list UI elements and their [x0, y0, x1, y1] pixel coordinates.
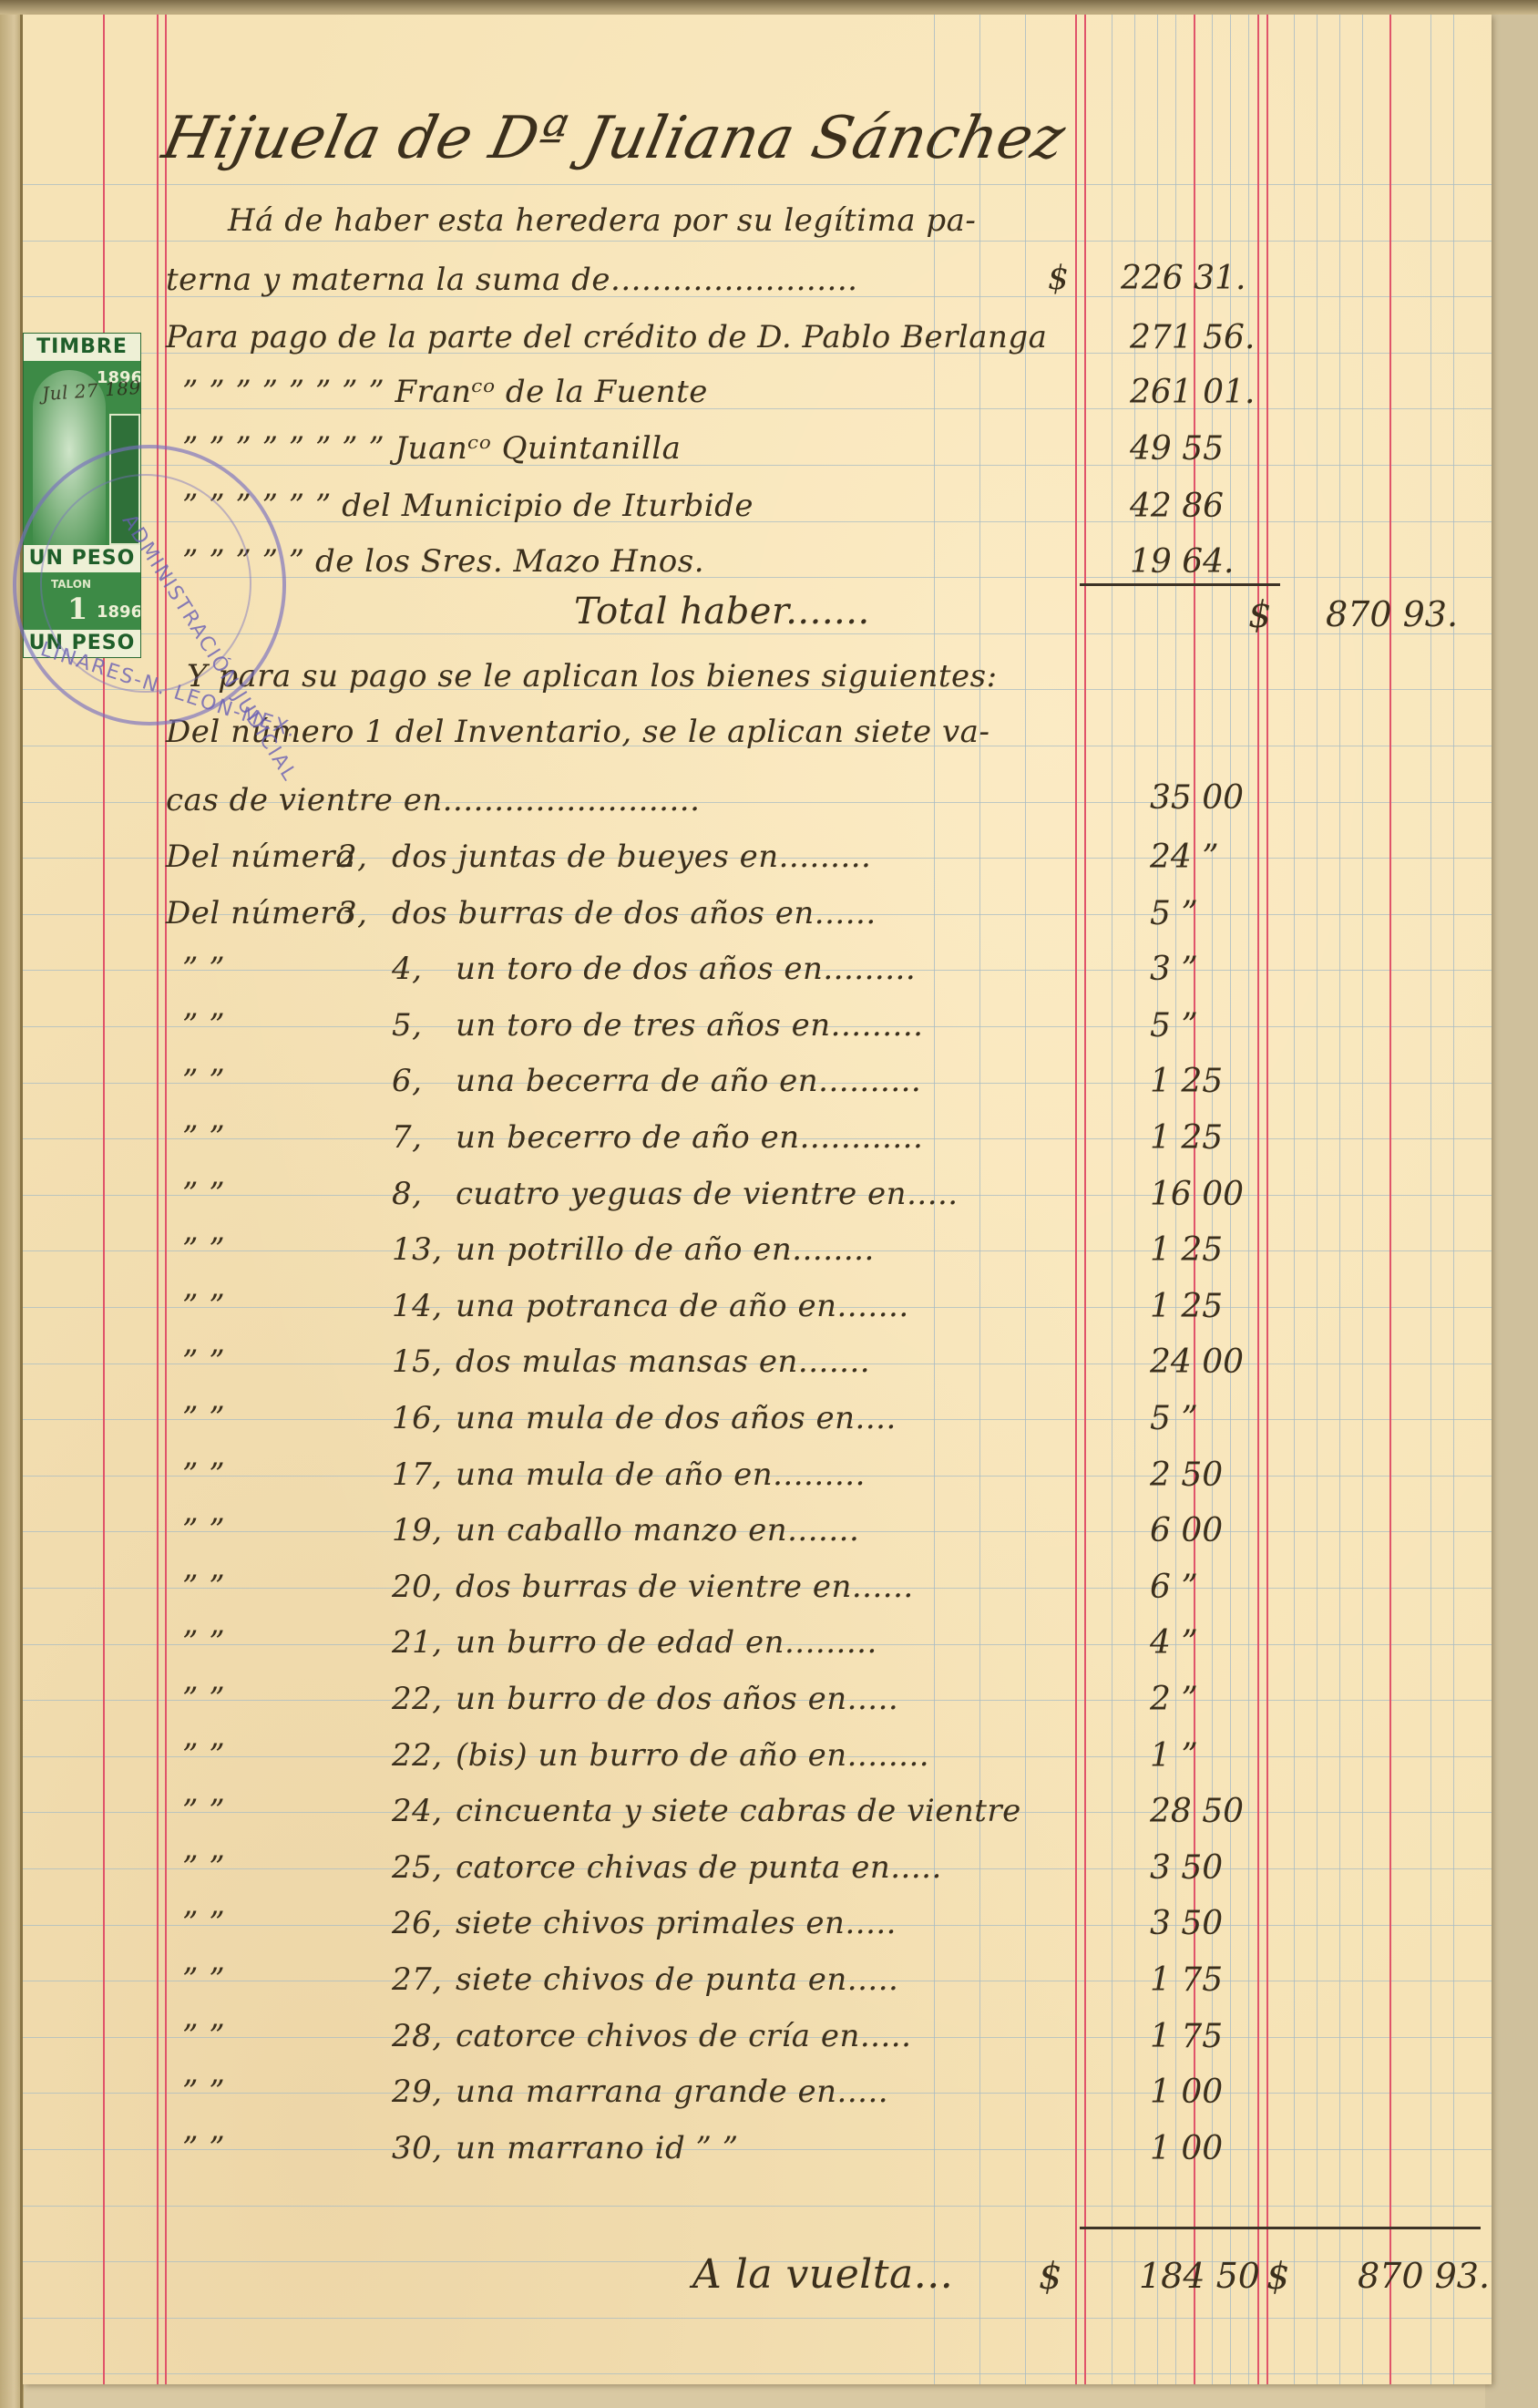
item-amount: 1 25 [1150, 1063, 1223, 1100]
item-number: 30, [392, 2130, 443, 2166]
item-description: cincuenta y siete cabras de vientre [456, 1793, 1021, 1829]
item-description: dos mulas mansas en....... [456, 1343, 870, 1380]
item-number: 17, [392, 1456, 443, 1493]
column-rule [1453, 15, 1454, 2384]
item-description: siete chivos primales en..... [456, 1905, 897, 1941]
item-number: 22, [392, 1681, 443, 1717]
total-label: Total haber....... [574, 591, 870, 633]
item-description: una becerra de año en.......... [456, 1063, 921, 1099]
item-description: una mula de dos años en.... [456, 1400, 897, 1436]
item-amount: 3 ” [1150, 951, 1198, 988]
item-number: 6, [392, 1063, 422, 1099]
first-item-amount: 35 00 [1150, 779, 1244, 817]
total-cents-line [1389, 15, 1391, 2384]
column-rule [1430, 15, 1431, 2384]
item-prefix: ” ” [182, 2074, 225, 2110]
column-rule [1134, 15, 1135, 2384]
item-amount: 1 ” [1150, 1737, 1198, 1775]
intro-line-1: Há de haber esta heredera por su legítim… [228, 202, 976, 239]
item-amount: 1 00 [1150, 2130, 1223, 2167]
intro-line-2: terna y materna la suma de..............… [166, 262, 857, 298]
item-number: 27, [392, 1961, 443, 1998]
item-prefix: ” ” [182, 1343, 225, 1380]
item-prefix: ” ” [182, 1063, 225, 1099]
item-prefix: ” ” [182, 1400, 225, 1436]
item-prefix: ” ” [182, 1119, 225, 1156]
carry-currency-mark: $ [1039, 2256, 1061, 2298]
item-description: dos burras de dos años en...... [392, 895, 877, 931]
carry-total-currency-mark: $ [1266, 2256, 1289, 2298]
stamp-top-band: TIMBRE [24, 334, 140, 361]
item-description: (bis) un burro de año en........ [456, 1737, 929, 1774]
item-number: 21, [392, 1624, 443, 1661]
item-description: una potranca de año en....... [456, 1288, 909, 1324]
item-description: un marrano id ” ” [456, 2130, 739, 2166]
item-number: 22, [392, 1737, 443, 1774]
item-amount: 1 25 [1150, 1231, 1223, 1269]
item-prefix: ” ” [182, 1456, 225, 1493]
credit-amount: 49 55 [1130, 430, 1224, 468]
credit-amount: 261 01. [1130, 374, 1255, 411]
column-rule [1294, 15, 1295, 2384]
currency-mark: $ [1048, 260, 1069, 297]
item-prefix: ” ” [182, 951, 225, 987]
item-description: siete chivos de punta en..... [456, 1961, 898, 1998]
carry-forward-label: A la vuelta... [692, 2251, 953, 2298]
margin-line-inner-2 [165, 15, 167, 2384]
item-amount: 1 00 [1150, 2074, 1223, 2111]
item-amount: 3 50 [1150, 1849, 1223, 1887]
item-description: catorce chivas de punta en..... [456, 1849, 942, 1886]
item-number: 13, [392, 1231, 443, 1268]
item-amount: 5 ” [1150, 1007, 1198, 1044]
total-col-line-2 [1266, 15, 1268, 2384]
item-number: 26, [392, 1905, 443, 1941]
item-number: 5, [392, 1007, 422, 1044]
margin-line-inner-1 [157, 15, 159, 2384]
column-rule [1317, 15, 1318, 2384]
item-description: cuatro yeguas de vientre en..... [456, 1176, 959, 1212]
item-amount: 2 ” [1150, 1681, 1198, 1718]
item-number: 3, [337, 895, 367, 931]
intro-amount: 226 31. [1121, 260, 1246, 297]
item-prefix: ” ” [182, 1512, 225, 1549]
item-number: 2, [337, 839, 367, 875]
ruled-line [23, 241, 1492, 242]
item-prefix: ” ” [182, 1961, 225, 1998]
item-amount: 6 00 [1150, 1512, 1223, 1549]
item-number: 24, [392, 1793, 443, 1829]
item-amount: 28 50 [1150, 1793, 1244, 1830]
ruled-line [23, 2373, 1492, 2374]
first-item-line-2: cas de vientre en.......................… [166, 782, 700, 818]
amount-col-line-2 [1084, 15, 1086, 2384]
item-prefix: ” ” [182, 1681, 225, 1717]
column-rule [1362, 15, 1363, 2384]
item-number: 4, [392, 951, 422, 987]
item-number: 14, [392, 1288, 443, 1324]
item-amount: 4 ” [1150, 1624, 1198, 1662]
item-prefix: ” ” [182, 1231, 225, 1268]
item-prefix: ” ” [182, 1569, 225, 1605]
carry-forward-amount: 184 50 [1139, 2256, 1260, 2296]
item-amount: 5 ” [1150, 1400, 1198, 1437]
item-amount: 16 00 [1150, 1176, 1244, 1213]
item-prefix: ” ” [182, 2130, 225, 2166]
item-prefix: ” ” [182, 1007, 225, 1044]
item-description: dos burras de vientre en...... [456, 1569, 914, 1605]
ruled-line [23, 2206, 1492, 2207]
applied-intro: Y para su pago se le aplican los bienes … [187, 658, 998, 695]
item-description: un burro de edad en......... [456, 1624, 877, 1661]
item-amount: 1 25 [1150, 1288, 1223, 1325]
item-amount: 3 50 [1150, 1905, 1223, 1942]
item-number: 15, [392, 1343, 443, 1380]
item-prefix: ” ” [182, 1905, 225, 1941]
item-description: un toro de dos años en......... [456, 951, 916, 987]
subtotal-rule [1080, 583, 1280, 586]
item-amount: 1 75 [1150, 1961, 1223, 1999]
item-number: 29, [392, 2074, 443, 2110]
item-description: un potrillo de año en........ [456, 1231, 875, 1268]
column-rule [1339, 15, 1340, 2384]
item-prefix: ” ” [182, 1793, 225, 1829]
item-description: una marrana grande en..... [456, 2074, 888, 2110]
underlying-page [1485, 0, 1538, 2408]
column-rule [979, 15, 980, 2384]
item-amount: 1 75 [1150, 2018, 1223, 2055]
item-description: catorce chivos de cría en..... [456, 2018, 911, 2054]
item-number: 8, [392, 1176, 422, 1212]
credit-text: ” ” ” ” ” ” ” ” Franᶜᵒ de la Fuente [182, 374, 708, 410]
item-amount: 1 25 [1150, 1119, 1223, 1157]
credit-amount: 19 64. [1130, 543, 1235, 581]
top-page-edge [0, 0, 1538, 15]
ruled-line [23, 2318, 1492, 2319]
item-amount: 5 ” [1150, 895, 1198, 932]
item-prefix: ” ” [182, 1176, 225, 1212]
carry-forward-total: 870 93. [1358, 2256, 1490, 2296]
ruled-line [23, 2149, 1492, 2150]
total-amount: 870 93. [1326, 594, 1458, 634]
amount-col-line-1 [1075, 15, 1077, 2384]
document-title: Hijuela de Dª Juliana Sánchez [157, 105, 1071, 172]
item-description: un caballo manzo en....... [456, 1512, 859, 1549]
credit-amount: 42 86 [1130, 488, 1224, 525]
item-amount: 2 50 [1150, 1456, 1223, 1494]
item-description: dos juntas de bueyes en......... [392, 839, 871, 875]
item-number: 16, [392, 1400, 443, 1436]
item-number: 19, [392, 1512, 443, 1549]
item-prefix: ” ” [182, 1737, 225, 1774]
item-number: 7, [392, 1119, 422, 1156]
item-description: un toro de tres años en......... [456, 1007, 923, 1044]
item-description: una mula de año en......... [456, 1456, 866, 1493]
item-prefix: Del número [166, 895, 354, 931]
item-prefix: ” ” [182, 1624, 225, 1661]
credit-amount: 271 56. [1130, 319, 1255, 356]
item-number: 28, [392, 2018, 443, 2054]
item-amount: 24 ” [1150, 839, 1219, 876]
item-amount: 24 00 [1150, 1343, 1244, 1381]
item-description: un burro de dos años en..... [456, 1681, 898, 1717]
column-rule [1112, 15, 1112, 2384]
item-prefix: Del número [166, 839, 354, 875]
credit-text: ” ” ” ” ” ” ” ” Juanᶜᵒ Quintanilla [182, 430, 681, 467]
column-rule [1248, 15, 1249, 2384]
ruled-line [23, 184, 1492, 185]
item-number: 20, [392, 1569, 443, 1605]
column-rule [1025, 15, 1026, 2384]
credit-text: Para pago de la parte del crédito de D. … [166, 319, 1047, 355]
item-prefix: ” ” [182, 1288, 225, 1324]
final-rule [1080, 2227, 1481, 2229]
item-number: 25, [392, 1849, 443, 1886]
item-amount: 6 ” [1150, 1569, 1198, 1606]
item-description: un becerro de año en............ [456, 1119, 923, 1156]
total-currency-mark: $ [1248, 594, 1271, 636]
total-col-line-1 [1257, 15, 1259, 2384]
item-prefix: ” ” [182, 2018, 225, 2054]
item-prefix: ” ” [182, 1849, 225, 1886]
